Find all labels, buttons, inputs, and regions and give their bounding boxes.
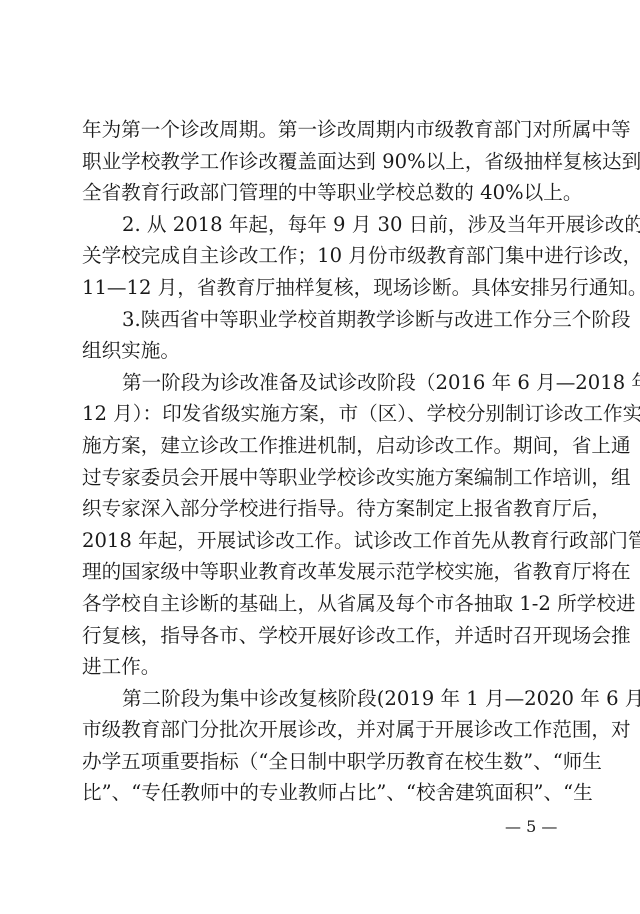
- text-line-17: 行复核，指导各市、学校开展好诊改工作，并适时召开现场会推: [82, 620, 566, 652]
- text-line-13: 织专家深入部分学校进行指导。待方案制定上报省教育厅后，: [82, 493, 566, 525]
- text-line-11: 施方案，建立诊改工作推进机制，启动诊改工作。期间，省上通: [82, 430, 566, 462]
- text-line-4: 2. 从 2018 年起，每年 9 月 30 日前，涉及当年开展诊改的有: [82, 209, 566, 241]
- text-line-10: 12 月）：印发省级实施方案，市（区）、学校分别制订诊改工作实: [82, 398, 566, 430]
- text-line-15: 理的国家级中等职业教育改革发展示范学校实施，省教育厅将在: [82, 556, 566, 588]
- text-line-20: 市级教育部门分批次开展诊改，并对属于开展诊改工作范围，对: [82, 714, 566, 746]
- text-line-12: 过专家委员会开展中等职业学校诊改实施方案编制工作培训，组: [82, 462, 566, 494]
- text-line-1: 年为第一个诊改周期。第一诊改周期内市级教育部门对所属中等: [82, 114, 566, 146]
- text-line-16: 各学校自主诊断的基础上，从省属及每个市各抽取 1-2 所学校进: [82, 588, 566, 620]
- page-number: — 5 —: [505, 817, 557, 837]
- text-line-6: 11—12 月，省教育厅抽样复核，现场诊断。具体安排另行通知。: [82, 272, 566, 304]
- text-line-5: 关学校完成自主诊改工作；10 月份市级教育部门集中进行诊改，: [82, 240, 566, 272]
- document-body: 年为第一个诊改周期。第一诊改周期内市级教育部门对所属中等 职业学校教学工作诊改覆…: [82, 114, 566, 809]
- text-line-8: 组织实施。: [82, 335, 566, 367]
- text-line-7: 3.陕西省中等职业学校首期教学诊断与改进工作分三个阶段: [82, 304, 566, 336]
- text-line-22: 比”、“专任教师中的专业教师占比”、“校舍建筑面积”、“生: [82, 777, 566, 809]
- text-line-19: 第二阶段为集中诊改复核阶段(2019 年 1 月—2020 年 6 月)：: [82, 683, 566, 715]
- text-line-9: 第一阶段为诊改准备及试诊改阶段（2016 年 6 月—2018 年: [82, 367, 566, 399]
- text-line-18: 进工作。: [82, 651, 566, 683]
- text-line-14: 2018 年起，开展试诊改工作。试诊改工作首先从教育行政部门管: [82, 525, 566, 557]
- text-line-3: 全省教育行政部门管理的中等职业学校总数的 40%以上。: [82, 177, 566, 209]
- text-line-21: 办学五项重要指标（“全日制中职学历教育在校生数”、“师生: [82, 746, 566, 778]
- text-line-2: 职业学校教学工作诊改覆盖面达到 90%以上，省级抽样复核达到: [82, 146, 566, 178]
